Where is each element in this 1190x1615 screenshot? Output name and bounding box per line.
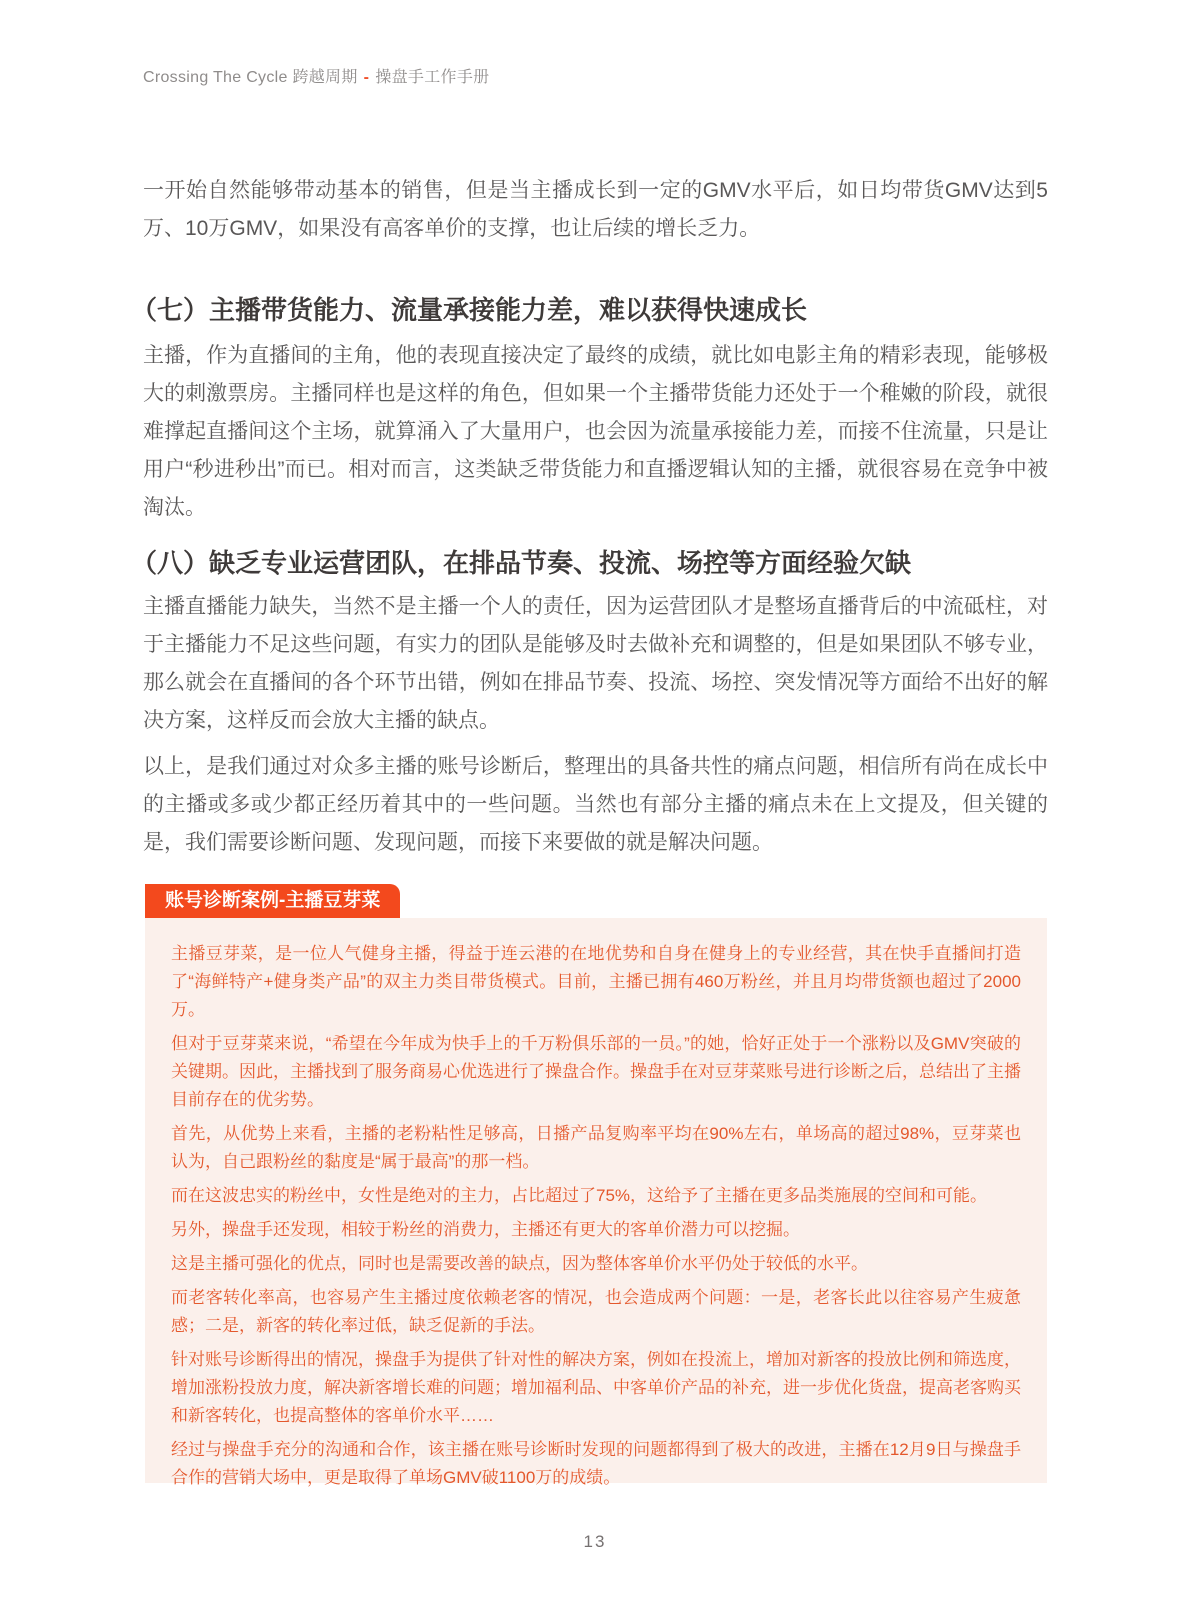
case-paragraph-2: 但对于豆芽菜来说，“希望在今年成为快手上的千万粉俱乐部的一员。”的她，恰好正处于… (171, 1030, 1021, 1114)
case-paragraph-6: 这是主播可强化的优点，同时也是需要改善的缺点，因为整体客单价水平仍处于较低的水平… (171, 1250, 1021, 1278)
case-paragraph-1: 主播豆芽菜，是一位人气健身主播，得益于连云港的在地优势和自身在健身上的专业经营，… (171, 940, 1021, 1024)
section-7-heading: （七）主播带货能力、流量承接能力差，难以获得快速成长 (131, 293, 807, 327)
case-paragraph-9: 经过与操盘手充分的沟通和合作，该主播在账号诊断时发现的问题都得到了极大的改进，主… (171, 1436, 1021, 1492)
case-paragraph-8: 针对账号诊断得出的情况，操盘手为提供了针对性的解决方案，例如在投流上，增加对新客… (171, 1346, 1021, 1430)
case-paragraph-7: 而老客转化率高，也容易产生主播过度依赖老客的情况，也会造成两个问题：一是，老客长… (171, 1284, 1021, 1340)
section-8-body: 主播直播能力缺失，当然不是主播一个人的责任，因为运营团队才是整场直播背后的中流砥… (143, 588, 1048, 740)
header-title-right: 操盘手工作手册 (375, 69, 489, 86)
header-title-left: Crossing The Cycle 跨越周期 (143, 69, 358, 86)
case-paragraph-3: 首先，从优势上来看，主播的老粉粘性足够高，日播产品复购率平均在90%左右，单场高… (171, 1120, 1021, 1176)
header-separator: - (364, 69, 370, 86)
section-8-heading: （八）缺乏专业运营团队，在排品节奏、投流、场控等方面经验欠缺 (131, 546, 911, 580)
intro-paragraph: 一开始自然能够带动基本的销售，但是当主播成长到一定的GMV水平后，如日均带货GM… (143, 172, 1048, 248)
summary-paragraph: 以上，是我们通过对众多主播的账号诊断后，整理出的具备共性的痛点问题，相信所有尚在… (143, 748, 1048, 862)
page-number: 13 (0, 1532, 1190, 1552)
page-header: Crossing The Cycle 跨越周期-操盘手工作手册 (143, 64, 489, 87)
case-paragraph-5: 另外，操盘手还发现，相较于粉丝的消费力，主播还有更大的客单价潜力可以挖掘。 (171, 1216, 1021, 1244)
case-paragraph-4: 而在这波忠实的粉丝中，女性是绝对的主力，占比超过了75%，这给予了主播在更多品类… (171, 1182, 1021, 1210)
section-7-body: 主播，作为直播间的主角，他的表现直接决定了最终的成绩，就比如电影主角的精彩表现，… (143, 337, 1048, 527)
case-study-badge: 账号诊断案例-主播豆芽菜 (145, 884, 400, 918)
document-page: Crossing The Cycle 跨越周期-操盘手工作手册 一开始自然能够带… (0, 0, 1190, 1615)
case-study-box: 主播豆芽菜，是一位人气健身主播，得益于连云港的在地优势和自身在健身上的专业经营，… (145, 918, 1047, 1483)
